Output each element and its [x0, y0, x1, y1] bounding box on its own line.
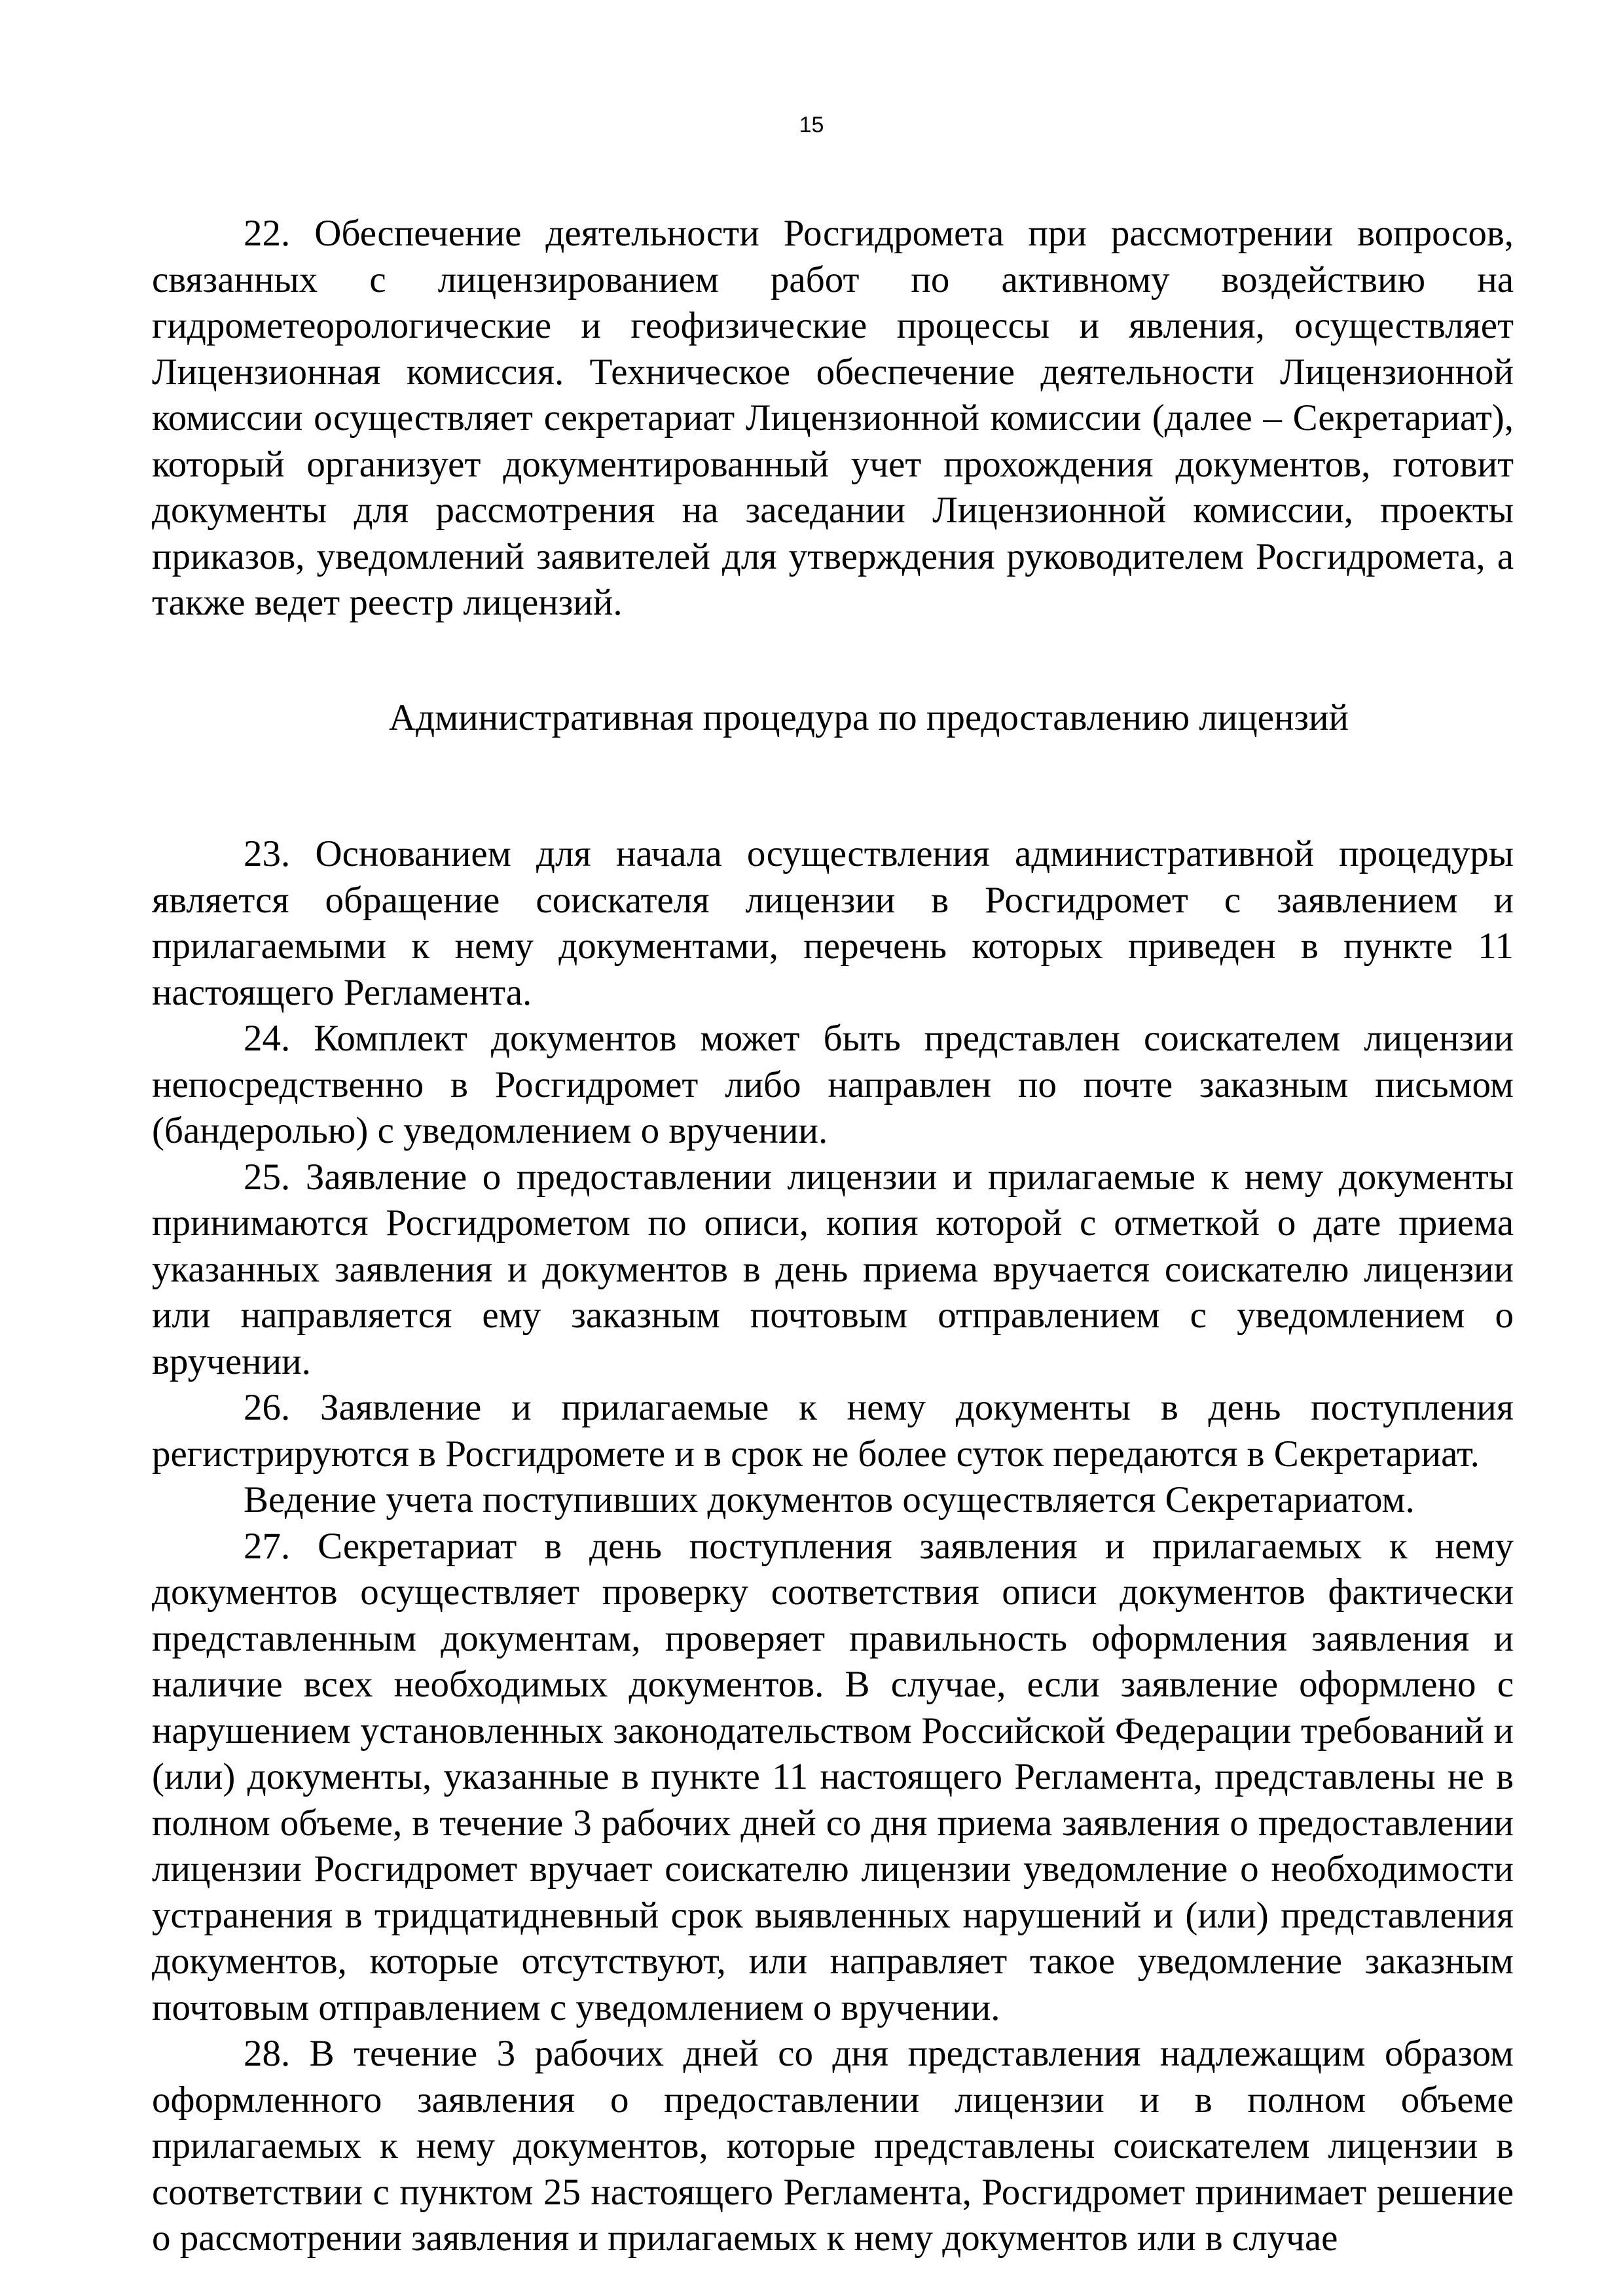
paragraph-22: 22. Обеспечение деятельности Росгидромет…: [152, 211, 1514, 626]
document-page: 15 22. Обеспечение деятельности Росгидро…: [0, 0, 1623, 2296]
paragraph-27: 27. Секретариат в день поступления заявл…: [152, 1524, 1514, 2032]
paragraph-26-continuation: Ведение учета поступивших документов осу…: [152, 1477, 1514, 1524]
section-heading: Административная процедура по предоставл…: [152, 695, 1514, 741]
page-number: 15: [0, 113, 1623, 138]
section-procedure: 23. Основанием для начала осуществления …: [152, 831, 1514, 2262]
section-intro: 22. Обеспечение деятельности Росгидромет…: [152, 211, 1514, 626]
paragraph-26: 26. Заявление и прилагаемые к нему докум…: [152, 1385, 1514, 1477]
paragraph-23: 23. Основанием для начала осуществления …: [152, 831, 1514, 1016]
paragraph-28: 28. В течение 3 рабочих дней со дня пред…: [152, 2031, 1514, 2262]
paragraph-24: 24. Комплект документов может быть предс…: [152, 1016, 1514, 1155]
paragraph-25: 25. Заявление о предоставлении лицензии …: [152, 1155, 1514, 1386]
